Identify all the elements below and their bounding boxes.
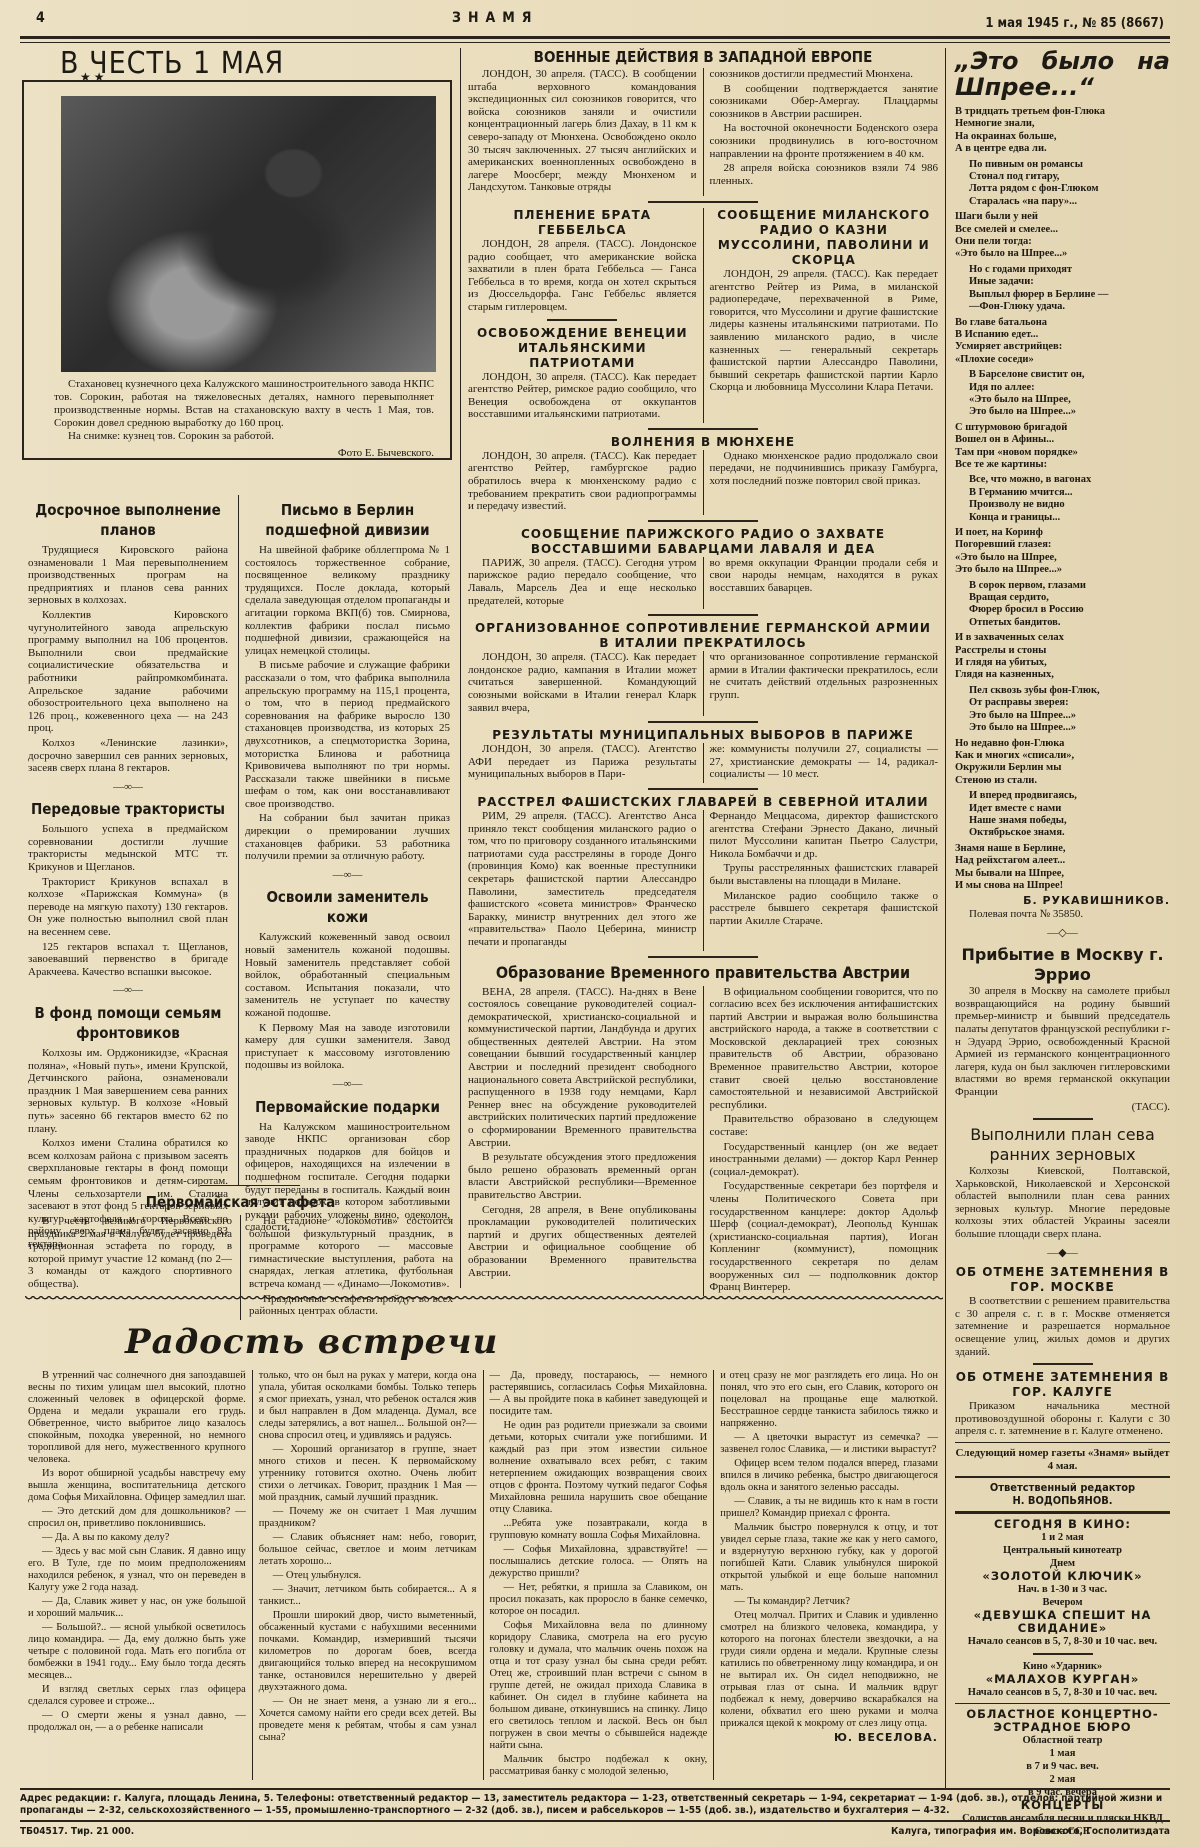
poem-line: Все смелей и смелее... — [955, 224, 1170, 236]
article-paragraph: На восточной оконечности Боденского озер… — [709, 122, 938, 160]
poem-line: Все те же картины: — [955, 459, 1170, 471]
section-rule — [648, 428, 758, 430]
poem-line: Немногие знали, — [955, 118, 1170, 130]
story-paragraph: Отец молчал. Притих и Славик и удивленно… — [720, 1610, 938, 1730]
poem-stanza: Знамя наше в Берлине,Над рейхстагом алее… — [955, 843, 1170, 893]
photo-credit: Фото Е. Бычевского. — [54, 447, 434, 460]
story-title: Радость встречи — [125, 1322, 498, 1362]
poem-line: Пел сквозь зубы фон-Глюк, — [969, 685, 1170, 697]
footer-rule — [20, 1820, 1170, 1822]
article-title-shooting: РАССТРЕЛ ФАШИСТСКИХ ГЛАВАРЕЙ В СЕВЕРНОЙ … — [468, 795, 938, 810]
story-paragraph: — Большой?.. — ясной улыбкой осветилось … — [28, 1622, 246, 1682]
article-paragraph: К Первому Мая на заводе изготовили камер… — [245, 1022, 450, 1072]
poem-author: Б. РУКАВИШНИКОВ. — [955, 895, 1170, 908]
separator-ornament: —◇— — [955, 927, 1170, 940]
next-issue-note: Следующий номер газеты «Знамя» выйдет 4 … — [955, 1447, 1170, 1472]
article-paragraph: На швейной фабрике обллегпрома № 1 состо… — [245, 544, 450, 657]
column-divider — [713, 1370, 714, 1780]
article-title-munich: ВОЛНЕНИЯ В МЮНХЕНЕ — [468, 435, 938, 450]
article-paragraph: Государственный канцлер (он же ведает ин… — [709, 1141, 938, 1179]
center-column: ВОЕННЫЕ ДЕЙСТВИЯ В ЗАПАДНОЙ ЕВРОПЕ ЛОНДО… — [468, 48, 938, 1296]
poem-line: Но недавно фон-Глюка — [955, 738, 1170, 750]
story-paragraph: — Да, проведу, постараюсь, — немного рас… — [490, 1370, 708, 1418]
poem-stanza: Пел сквозь зубы фон-Глюк,От расправы зве… — [955, 685, 1170, 735]
poem-line: Стеною из стали. — [955, 775, 1170, 787]
poem-line: Все, что можно, в вагонах — [969, 474, 1170, 486]
poem-line: Конца и границы... — [969, 512, 1170, 524]
article-paragraph: же: коммунисты получили 27, социалисты —… — [709, 743, 938, 781]
poem-line: «Это было на Шпрее, — [955, 552, 1170, 564]
article-paragraph: ВЕНА, 28 апреля. (ТАСС). На-днях в Вене … — [468, 986, 697, 1150]
column-divider — [945, 48, 946, 1788]
poem-line: «Плохие соседи» — [955, 354, 1170, 366]
masthead-rule-thin — [20, 42, 1170, 43]
poem-stanza: И вперед продвигаясь,Идет вместе с намиН… — [955, 790, 1170, 840]
footer-rule — [20, 1788, 1170, 1790]
story-paragraph: — Почему же он считает 1 Мая лучшим праз… — [259, 1506, 477, 1530]
article-paragraph: На стадионе «Локомотив» состоится большо… — [249, 1215, 453, 1291]
article-title-war: ВОЕННЫЕ ДЕЙСТВИЯ В ЗАПАДНОЙ ЕВРОПЕ — [468, 48, 938, 66]
story-paragraph: — Нет, ребятки, я пришла за Славиком, он… — [490, 1582, 708, 1618]
separator-ornament: —∞— — [28, 781, 228, 794]
poem-stanza: Шаги были у нейВсе смелей и смелее...Они… — [955, 211, 1170, 261]
article-paragraph: ЛОНДОН, 30 апреля. (ТАСС). В сообщении ш… — [468, 68, 697, 194]
masthead: 4 ЗНАМЯ 1 мая 1945 г., № 85 (8667) — [12, 6, 1170, 34]
poem-line: Идет вместе с нами — [969, 803, 1170, 815]
story-body: В утренний час солнечного дня запоздавше… — [28, 1370, 938, 1780]
story-paragraph: — О смерти жены я узнал давно, — продолж… — [28, 1710, 246, 1734]
concert-date: 2 мая — [955, 1773, 1170, 1786]
poem-stanza: Но с годами приходятИные задачи:Выплыл ф… — [955, 264, 1170, 314]
poem-line: Там при «новом порядке» — [955, 447, 1170, 459]
photo-caption-text: Стахановец кузнечного цеха Калужского ма… — [54, 378, 434, 430]
story-paragraph: Мальчик быстро повернулся к отцу, и тот … — [720, 1522, 938, 1594]
article-paragraph: Трудящиеся Кировского района ознаменовал… — [28, 544, 228, 607]
masthead-rule — [20, 36, 1170, 39]
poem-line: Над рейхстагом алеет... — [955, 855, 1170, 867]
story-paragraph: — Он не знает меня, а узнаю ли я его... … — [259, 1696, 477, 1744]
section-rule — [1033, 1118, 1093, 1120]
film-title: «ЗОЛОТОЙ КЛЮЧИК» — [955, 1570, 1170, 1583]
story-paragraph: — Ты командир? Летчик? — [720, 1596, 938, 1608]
page-number: 4 — [36, 10, 45, 26]
poem-stanza: И поет, на КоринфПогоревший глазея:«Это … — [955, 527, 1170, 577]
separator-ornament: —∞— — [245, 869, 450, 882]
poem-stanza: Все, что можно, в вагонахВ Германию мчит… — [955, 474, 1170, 524]
editor-label: Ответственный редактор — [955, 1482, 1170, 1495]
poem-line: Иные задачи: — [969, 276, 1170, 288]
poem-line: Это было на Шпрее...» — [969, 406, 1170, 418]
article-paragraph: Однако мюнхенское радио продолжало свои … — [709, 450, 938, 488]
article-paragraph: Фернандо Меццасома, директор фашистского… — [709, 810, 938, 860]
film-times: Начало сеансов в 5, 7, 8-30 и 10 час. ве… — [955, 1686, 1170, 1699]
poem-line: Это было на Шпрее...» — [969, 722, 1170, 734]
story-paragraph: Мальчик быстро подбежал к окну, рассматр… — [490, 1754, 708, 1778]
article-paragraph: В честь великого Первомайского праздника… — [28, 1215, 232, 1291]
article-title-elections: РЕЗУЛЬТАТЫ МУНИЦИПАЛЬНЫХ ВЫБОРОВ В ПАРИЖ… — [468, 728, 938, 743]
poem-line: Мы бывали на Шпрее, — [955, 868, 1170, 880]
left-column-2: Письмо в Берлин подшефной дивизии На шве… — [245, 500, 450, 1236]
article-paragraph: Колхозы им. Орджоникидзе, «Красная полян… — [28, 1047, 228, 1135]
print-info: ТБ04517. Тир. 21 000. Калуга, типография… — [20, 1826, 1170, 1838]
concert-venue: Областной театр — [955, 1734, 1170, 1747]
article-paragraph: 125 гектаров вспахал т. Щегланов, завоев… — [28, 941, 228, 979]
poem-line: И глядя на убитых, — [955, 657, 1170, 669]
story-paragraph: — Славик, а ты не видишь кто к нам в гос… — [720, 1496, 938, 1520]
poem-line: От расправы зверея: — [969, 697, 1170, 709]
poem-line: С штурмовою бригадой — [955, 422, 1170, 434]
concert-listing: ОБЛАСТНОЕ КОНЦЕРТНО-ЭСТРАДНОЕ БЮРО Облас… — [955, 1708, 1170, 1838]
article-paragraph: ЛОНДОН, 30 апреля. (ТАСС). Агентство АФИ… — [468, 743, 697, 781]
article-paragraph: ЛОНДОН, 30 апреля. (ТАСС). Как передает … — [468, 651, 697, 714]
story-paragraph: — Славик объясняет нам: небо, говорит, б… — [259, 1532, 477, 1568]
poem-line: Идя по аллее: — [969, 382, 1170, 394]
story-paragraph: — Это детский дом для дошкольников? — сп… — [28, 1506, 246, 1530]
blacksmith-photo — [61, 96, 436, 372]
article-paragraph: В соответствии с решением правительства … — [955, 1295, 1170, 1358]
poem-line: В Германию мчится... — [969, 487, 1170, 499]
separator-ornament: —∞— — [245, 1078, 450, 1091]
poem-line: И в захваченных селах — [955, 632, 1170, 644]
story-paragraph: Из ворот обширной усадьбы навстречу ему … — [28, 1468, 246, 1504]
story-column: — Да, проведу, постараюсь, — немного рас… — [490, 1370, 708, 1780]
article-title-blackout-kaluga: ОБ ОТМЕНЕ ЗАТЕМНЕНИЯ В ГОР. КАЛУГЕ — [955, 1370, 1170, 1400]
article-paragraph: ЛОНДОН, 30 апреля. (ТАСС). Как передает … — [468, 450, 697, 513]
story-paragraph: Не один раз родители приезжали за своими… — [490, 1420, 708, 1516]
concert-heading: ОБЛАСТНОЕ КОНЦЕРТНО-ЭСТРАДНОЕ БЮРО — [955, 1708, 1170, 1734]
article-paragraph: ЛОНДОН, 29 апреля. (ТАСС). Как передает … — [709, 268, 938, 394]
section-rule — [1033, 1363, 1093, 1365]
article-paragraph: РИМ, 29 апреля. (ТАСС). Агентство Анса п… — [468, 810, 697, 949]
article-title-venice: ОСВОБОЖДЕНИЕ ВЕНЕЦИИ ИТАЛЬЯНСКИМИ ПАТРИО… — [468, 326, 697, 371]
section-rule — [547, 319, 617, 321]
cinema-listing: СЕГОДНЯ В КИНО: 1 и 2 мая Центральный ки… — [955, 1518, 1170, 1699]
poem-line: И вперед продвигаясь, — [969, 790, 1170, 802]
story-paragraph: — Здесь у вас мой сын Славик. Я давно ищ… — [28, 1546, 246, 1594]
section-rule — [200, 1185, 300, 1186]
poem-line: И поет, на Коринф — [955, 527, 1170, 539]
concert-time: в 7 и 9 час. веч. — [955, 1760, 1170, 1773]
film-times: Нач. в 1-30 и 3 час. — [955, 1583, 1170, 1596]
article-title-plans: Досрочное выполнение планов — [28, 500, 228, 540]
section-rule — [648, 201, 758, 203]
article-title-austria: Образование Временного правительства Авс… — [468, 963, 938, 983]
column-divider — [483, 1370, 484, 1780]
article-paragraph: Колхозы Киевской, Полтавской, Харьковско… — [955, 1165, 1170, 1241]
story-paragraph: — Хороший организатор в группе, знает мн… — [259, 1444, 477, 1504]
poem-line: Октябрьское знамя. — [969, 827, 1170, 839]
editor-name: Н. ВОДОПЬЯНОВ. — [955, 1495, 1170, 1508]
article-paragraph: Сегодня, 28 апреля, в Вене опубликованы … — [468, 1204, 697, 1280]
article-paragraph: Миланское радио сообщило также о расстре… — [709, 890, 938, 928]
story-paragraph: — Значит, летчиком быть собирается... А … — [259, 1584, 477, 1608]
poem-line: Шаги были у ней — [955, 211, 1170, 223]
concert-date: 1 мая — [955, 1747, 1170, 1760]
story-paragraph: — А цветочки вырастут из семечка? — зазв… — [720, 1432, 938, 1456]
photo-caption: Стахановец кузнечного цеха Калужского ма… — [54, 378, 434, 460]
poem-line: Глядя на казненных, — [955, 669, 1170, 681]
article-title-italy: ОРГАНИЗОВАННОЕ СОПРОТИВЛЕНИЕ ГЕРМАНСКОЙ … — [468, 621, 938, 651]
story-paragraph: — Да, Славик живет у нас, он уже большой… — [28, 1596, 246, 1620]
story-paragraph: только, что он был на руках у матери, ко… — [259, 1370, 477, 1442]
cinema-dates: 1 и 2 мая — [955, 1531, 1170, 1544]
newspaper-page: 4 ЗНАМЯ 1 мая 1945 г., № 85 (8667) В ЧЕС… — [0, 0, 1200, 1847]
poem-line: По пивным он романсы — [969, 159, 1170, 171]
article-title-letter: Письмо в Берлин подшефной дивизии — [245, 500, 450, 540]
article-title-sowing: Выполнили план сева ранних зерновых — [955, 1125, 1170, 1165]
poem-line: И мы снова на Шпрее! — [955, 880, 1170, 892]
poem-stanza: С штурмовою бригадойВошел он в Афины...Т… — [955, 422, 1170, 472]
article-title-herriot: Прибытие в Москву г. Эррио — [955, 945, 1170, 985]
article-paragraph: Приказом начальника местной противовозду… — [955, 1400, 1170, 1438]
poem-line: Вошел он в Афины... — [955, 434, 1170, 446]
article-title-goebbels: ПЛЕНЕНИЕ БРАТА ГЕББЕЛЬСА — [468, 208, 697, 238]
poem-line: Это было на Шпрее...» — [969, 710, 1170, 722]
story-column: В утренний час солнечного дня запоздавше… — [28, 1370, 246, 1780]
film-title: «МАЛАХОВ КУРГАН» — [955, 1673, 1170, 1686]
poem-body: В тридцать третьем фон-ГлюкаНемногие зна… — [955, 106, 1170, 892]
article-paragraph: Трупы расстрелянных фашистских главарей … — [709, 862, 938, 887]
article-title-tractors: Передовые трактористы — [28, 799, 228, 819]
poem-line: Усмиряет австрийцев: — [955, 341, 1170, 353]
story-paragraph: ...Ребята уже позавтракали, когда в груп… — [490, 1518, 708, 1542]
article-paragraph: Государственные секретари без портфеля и… — [709, 1180, 938, 1293]
print-code: ТБ04517. Тир. 21 000. — [20, 1826, 134, 1837]
article-paragraph: Тракторист Крикунов вспахал в колхозе «П… — [28, 876, 228, 939]
article-paragraph: 28 апреля войска союзников взяли 74 986 … — [709, 162, 938, 187]
poem-line: Во главе батальона — [955, 317, 1170, 329]
poem-field-post: Полевая почта № 35850. — [955, 908, 1170, 921]
column-divider — [460, 48, 461, 1288]
section-rule — [648, 788, 758, 790]
cinema-venue: Центральный кинотеатр — [955, 1544, 1170, 1557]
article-paragraph: что организованное сопротивление германс… — [709, 651, 938, 701]
poem-line: Но с годами приходят — [969, 264, 1170, 276]
poem-stanza: В сорок первом, глазамиВращая сердито,Фю… — [955, 580, 1170, 630]
poem-line: В Барселоне свистит он, — [969, 369, 1170, 381]
story-paragraph: — Софья Михайловна, здравствуйте! — посл… — [490, 1544, 708, 1580]
poem-line: Они пели тогда: — [955, 236, 1170, 248]
article-paragraph: ЛОНДОН, 28 апреля. (ТАСС). Лондонское ра… — [468, 238, 697, 314]
article-title-gifts: Первомайские подарки — [245, 1097, 450, 1117]
story-column: только, что он был на руках у матери, ко… — [259, 1370, 477, 1780]
article-paragraph: В письме рабочие и служащие фабрики расс… — [245, 659, 450, 810]
poem-stanza: В тридцать третьем фон-ГлюкаНемногие зна… — [955, 106, 1170, 156]
story-paragraph: И взгляд светлых серых глаз офицера сдел… — [28, 1684, 246, 1708]
column-divider — [238, 495, 239, 1185]
story-paragraph: Софья Михайловна вела по длинному коридо… — [490, 1620, 708, 1752]
article-paragraph: 30 апреля в Москву на самолете прибыл во… — [955, 985, 1170, 1098]
poem-line: Лотта рядом с фон-Глюком — [969, 183, 1170, 195]
issue-date: 1 мая 1945 г., № 85 (8667) — [985, 16, 1164, 31]
section-rule — [648, 956, 758, 958]
article-paragraph: во время оккупации Франции продали себя … — [709, 557, 938, 595]
section-rule — [1033, 1653, 1093, 1655]
section-rule — [648, 614, 758, 616]
poem-line: «Это было на Шпрее...» — [955, 248, 1170, 260]
poem-line: На окраинах больше, — [955, 131, 1170, 143]
poem-title: „Это было на Шпрее...“ — [955, 48, 1170, 100]
article-title-blackout-moscow: ОБ ОТМЕНЕ ЗАТЕМНЕНИЯ В ГОР. МОСКВЕ — [955, 1265, 1170, 1295]
poem-stanza: В Барселоне свистит он,Идя по аллее:«Это… — [955, 369, 1170, 419]
article-paragraph: В сообщении подтверждается занятие союзн… — [709, 83, 938, 121]
poem-line: Отпетых бандитов. — [969, 617, 1170, 629]
article-paragraph: ЛОНДОН, 30 апреля. (ТАСС). Как передает … — [468, 371, 697, 421]
article-paragraph: В официальном сообщении говорится, что п… — [709, 986, 938, 1112]
article-paragraph: Колхоз «Ленинские лазинки», досрочно зав… — [28, 737, 228, 775]
article-paragraph: Правительство образовано в следующем сос… — [709, 1113, 938, 1138]
poem-line: Вращая сердито, — [969, 592, 1170, 604]
separator-ornament: —∞— — [28, 984, 228, 997]
article-paragraph: На собрании был зачитан приказ дирекции … — [245, 812, 450, 862]
column-divider — [252, 1370, 253, 1780]
poem-line: Наше знамя победы, — [969, 815, 1170, 827]
poem-line: Фюрер бросил в Россию — [969, 604, 1170, 616]
right-column: „Это было на Шпрее...“ В тридцать третье… — [955, 48, 1170, 1838]
article-paragraph: ПАРИЖ, 30 апреля. (ТАСС). Сегодня утром … — [468, 557, 697, 607]
poem-line: Выплыл фюрер в Берлине — — [969, 289, 1170, 301]
story-paragraph: Прошли широкий двор, чисто выметенный, о… — [259, 1610, 477, 1694]
article-title-relay: Первомайская эстафета — [28, 1192, 453, 1212]
article-paragraph: В результате обсуждения этого предложени… — [468, 1151, 697, 1201]
poem-line: Старалась «на пару»... — [969, 196, 1170, 208]
poem-line: Стонал под гитару, — [969, 171, 1170, 183]
poem-line: Как и многих «списали», — [955, 750, 1170, 762]
article-title-paris: СООБЩЕНИЕ ПАРИЖСКОГО РАДИО О ЗАХВАТЕ ВОС… — [468, 527, 938, 557]
poem-line: Расстрелы и стоны — [955, 645, 1170, 657]
article-paragraph: союзников достигли предместий Мюнхена. — [709, 68, 938, 81]
poem-line: Это было на Шпрее...» — [955, 564, 1170, 576]
photo-frame: Стахановец кузнечного цеха Калужского ма… — [22, 80, 452, 460]
article-paragraph: Калужский кожевенный завод освоил новый … — [245, 931, 450, 1019]
newspaper-name: ЗНАМЯ — [452, 10, 538, 26]
article-title-milan: СООБЩЕНИЕ МИЛАНСКОГО РАДИО О КАЗНИ МУССО… — [709, 208, 938, 268]
story-author: Ю. ВЕСЕЛОВА. — [720, 1732, 938, 1744]
separator-ornament: —◆— — [955, 1247, 1170, 1260]
story-column: и отец сразу не мог разглядеть его лица.… — [720, 1370, 938, 1780]
poem-line: Окружили Берлин мы — [955, 762, 1170, 774]
story-paragraph: — Да. А вы по какому делу? — [28, 1532, 246, 1544]
printer-name: Калуга, типография им. Воровского, Госпо… — [891, 1826, 1170, 1838]
poem-line: В тридцать третьем фон-Глюка — [955, 106, 1170, 118]
story-paragraph: и отец сразу не мог разглядеть его лица.… — [720, 1370, 938, 1430]
photo-on-picture: На снимке: кузнец тов. Сорокин за работо… — [54, 430, 434, 443]
poem-line: А в центре едва ли. — [955, 143, 1170, 155]
film-title: «ДЕВУШКА СПЕШИТ НА СВИДАНИЕ» — [955, 1609, 1170, 1635]
editorial-address: Адрес редакции: г. Калуга, площадь Ленин… — [20, 1793, 1170, 1817]
article-paragraph: Коллектив Кировского чугунолитейного зав… — [28, 609, 228, 735]
story-paragraph: — Отец улыбнулся. — [259, 1570, 477, 1582]
article-title-fund: В фонд помощи семьям фронтовиков — [28, 1003, 228, 1043]
article-source: (ТАСС). — [955, 1101, 1170, 1114]
poem-stanza: И в захваченных селахРасстрелы и стоныИ … — [955, 632, 1170, 682]
poem-line: Погоревший глазея: — [955, 539, 1170, 551]
cinema-heading: СЕГОДНЯ В КИНО: — [955, 1518, 1170, 1531]
left-column-1: Досрочное выполнение планов Трудящиеся К… — [28, 500, 228, 1253]
poem-line: В Испанию едет... — [955, 329, 1170, 341]
section-rule — [648, 520, 758, 522]
poem-line: В сорок первом, глазами — [969, 580, 1170, 592]
section-rule — [648, 721, 758, 723]
poem-line: —Фон-Глюку удача. — [969, 301, 1170, 313]
poem-line: «Это было на Шпрее, — [969, 394, 1170, 406]
story-paragraph: Офицер всем телом подался вперед, глазам… — [720, 1458, 938, 1494]
article-title-leather: Освоили заменитель кожи — [245, 887, 450, 927]
poem-line: Произволу не видно — [969, 499, 1170, 511]
poem-stanza: Во главе батальонаВ Испанию едет...Усмир… — [955, 317, 1170, 367]
poem-line: Знамя наше в Берлине, — [955, 843, 1170, 855]
wavy-rule — [25, 1296, 943, 1304]
story-paragraph: В утренний час солнечного дня запоздавше… — [28, 1370, 246, 1466]
film-times: Начало сеансов в 5, 7, 8-30 и 10 час. ве… — [955, 1635, 1170, 1648]
poem-stanza: Но недавно фон-ГлюкаКак и многих «списал… — [955, 738, 1170, 788]
article-paragraph: Большого успеха в предмайском соревнован… — [28, 823, 228, 873]
poem-stanza: По пивным он романсыСтонал под гитару,Ло… — [955, 159, 1170, 209]
